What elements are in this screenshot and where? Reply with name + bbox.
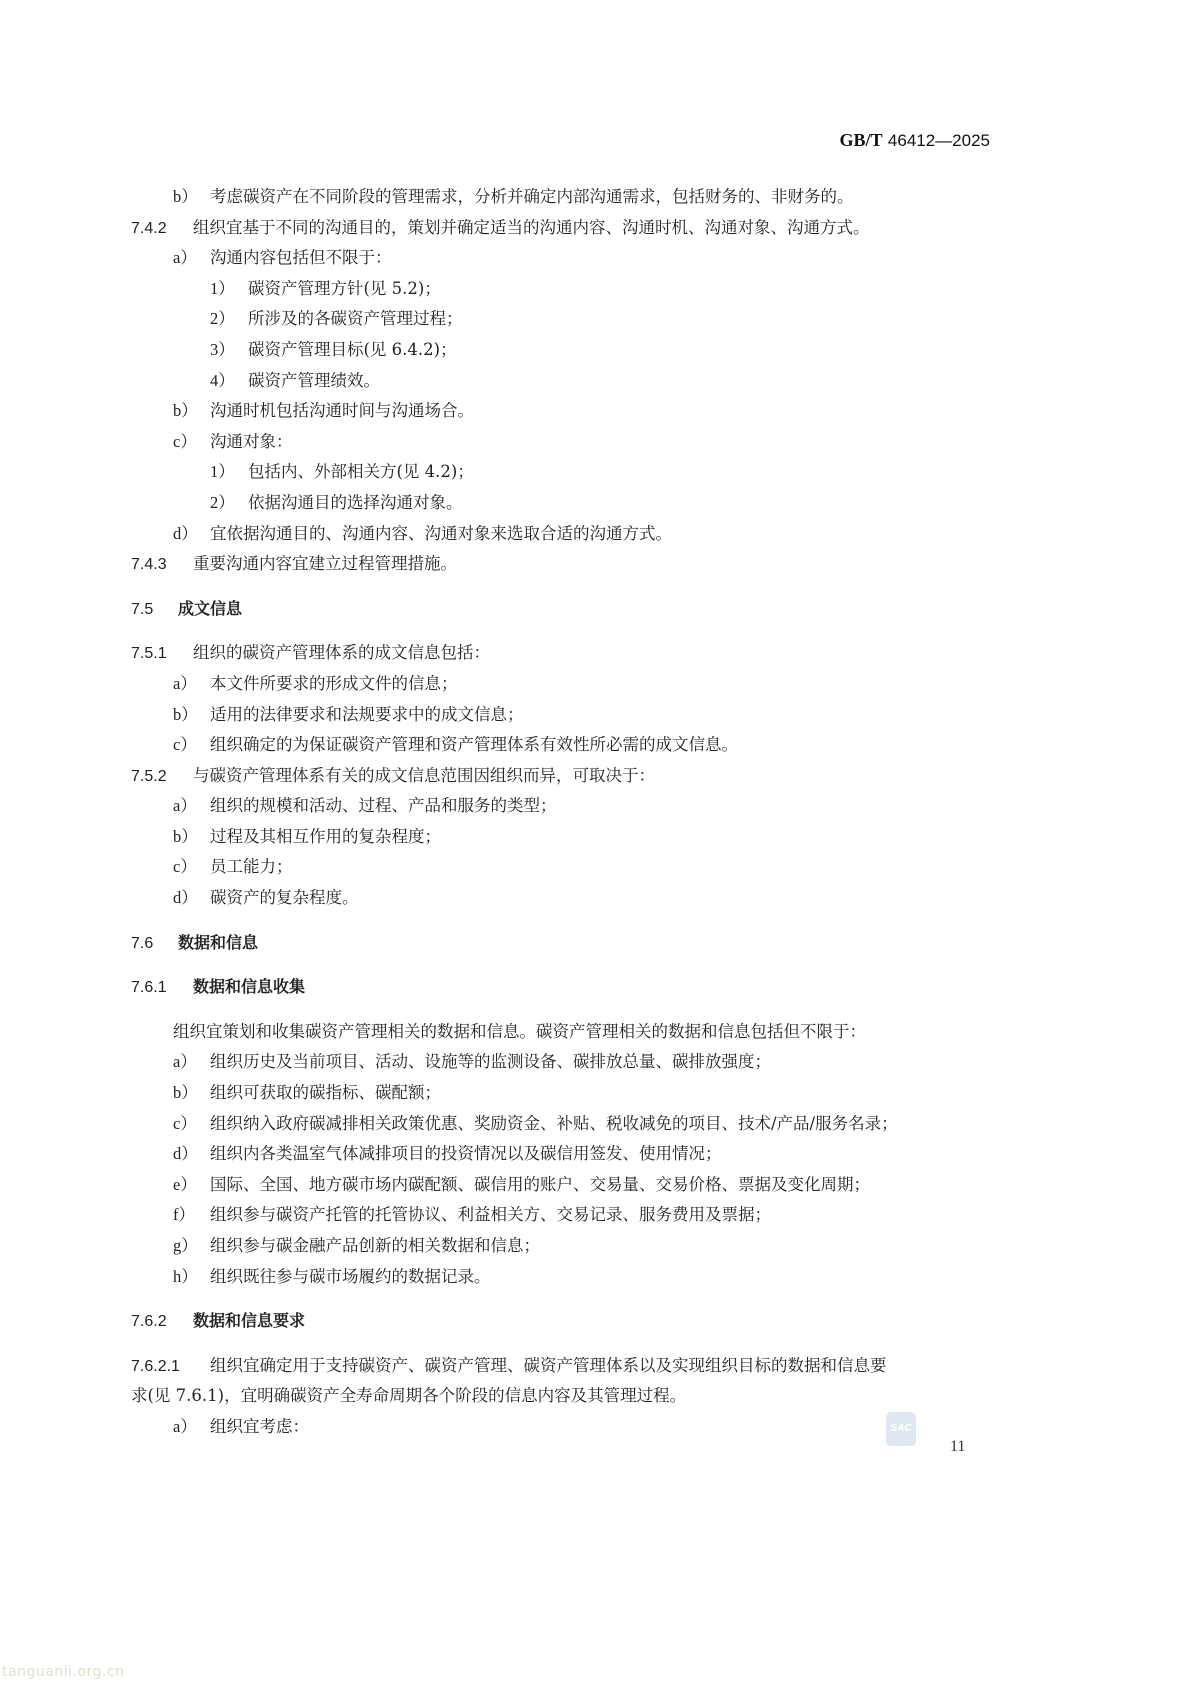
list-text: 组织既往参与碳市场履约的数据记录。 — [210, 1267, 491, 1286]
list-item: d）宜依据沟通目的、沟通内容、沟通对象来选取合适的沟通方式。 — [131, 519, 1001, 550]
list-text: 沟通时机包括沟通时间与沟通场合。 — [210, 401, 474, 420]
list-item: a）本文件所要求的形成文件的信息； — [131, 669, 1001, 700]
list-text: 沟通对象： — [210, 432, 293, 451]
list-marker: h） — [173, 1262, 210, 1293]
list-marker: a） — [173, 1047, 210, 1078]
list-item: b）适用的法律要求和法规要求中的成文信息； — [131, 700, 1001, 731]
list-text: 考虑碳资产在不同阶段的管理需求，分析并确定内部沟通需求，包括财务的、非财务的。 — [210, 187, 854, 206]
sub-list-marker: 2） — [210, 304, 248, 335]
sub-list-text: 包括内、外部相关方(见 4.2)； — [248, 462, 474, 481]
clause-number: 7.6.2.1 — [131, 1352, 210, 1383]
list-item: f）组织参与碳资产托管的托管协议、利益相关方、交易记录、服务费用及票据； — [131, 1200, 1001, 1231]
list-text: 适用的法律要求和法规要求中的成文信息； — [210, 705, 524, 724]
list-item: g）组织参与碳金融产品创新的相关数据和信息； — [131, 1231, 1001, 1262]
list-text: 组织可获取的碳指标、碳配额； — [210, 1083, 441, 1102]
watermark-url: tanguanli.org.cn — [2, 1664, 124, 1680]
clause-7-6-2-1: 7.6.2.1组织宜确定用于支持碳资产、碳资产管理、碳资产管理体系以及实现组织目… — [131, 1351, 1001, 1382]
list-item: b）考虑碳资产在不同阶段的管理需求，分析并确定内部沟通需求，包括财务的、非财务的… — [131, 182, 1001, 213]
section-title: 数据和信息收集 — [193, 977, 305, 996]
list-text: 组织的规模和活动、过程、产品和服务的类型； — [210, 796, 557, 815]
sub-list-item: 2）所涉及的各碳资产管理过程； — [131, 304, 1001, 335]
sub-list-marker: 1） — [210, 457, 248, 488]
list-text: 组织参与碳资产托管的托管协议、利益相关方、交易记录、服务费用及票据； — [210, 1205, 771, 1224]
clause-number: 7.4.2 — [131, 214, 193, 245]
list-text: 组织纳入政府碳减排相关政策优惠、奖励资金、补贴、税收减免的项目、技术/产品/服务… — [210, 1114, 898, 1133]
sub-list-text: 依据沟通目的选择沟通对象。 — [248, 493, 463, 512]
sub-list-item: 2）依据沟通目的选择沟通对象。 — [131, 488, 1001, 519]
list-item: h）组织既往参与碳市场履约的数据记录。 — [131, 1262, 1001, 1293]
list-marker: d） — [173, 519, 210, 550]
sub-list-marker: 1） — [210, 274, 248, 305]
standard-code-header: GB/T 46412—2025 — [839, 130, 990, 151]
clause-number: 7.5.1 — [131, 639, 193, 670]
list-marker: d） — [173, 1139, 210, 1170]
list-text: 国际、全国、地方碳市场内碳配额、碳信用的账户、交易量、交易价格、票据及变化周期； — [210, 1175, 870, 1194]
list-marker: b） — [173, 182, 210, 213]
section-heading-7-6-1: 7.6.1数据和信息收集 — [131, 972, 1001, 1003]
sub-list-item: 4）碳资产管理绩效。 — [131, 366, 1001, 397]
clause-text: 组织宜确定用于支持碳资产、碳资产管理、碳资产管理体系以及实现组织目标的数据和信息… — [210, 1356, 887, 1375]
section-heading-7-5: 7.5成文信息 — [131, 594, 1001, 625]
section-title: 数据和信息 — [178, 933, 258, 952]
section-number: 7.5 — [131, 595, 178, 626]
list-text: 本文件所要求的形成文件的信息； — [210, 674, 458, 693]
list-marker: a） — [173, 791, 210, 822]
sub-list-marker: 2） — [210, 488, 248, 519]
standard-prefix: GB/T — [839, 130, 882, 150]
list-marker: d） — [173, 883, 210, 914]
list-item: a）组织历史及当前项目、活动、设施等的监测设备、碳排放总量、碳排放强度； — [131, 1047, 1001, 1078]
list-marker: b） — [173, 396, 210, 427]
list-text: 组织参与碳金融产品创新的相关数据和信息； — [210, 1236, 540, 1255]
section-heading-7-6: 7.6数据和信息 — [131, 928, 1001, 959]
section-number: 7.6.1 — [131, 973, 193, 1004]
list-text: 碳资产的复杂程度。 — [210, 888, 359, 907]
sub-list-item: 1）包括内、外部相关方(见 4.2)； — [131, 457, 1001, 488]
sub-list-text: 碳资产管理目标(见 6.4.2)； — [248, 340, 457, 359]
list-item: b）沟通时机包括沟通时间与沟通场合。 — [131, 396, 1001, 427]
list-item: b）组织可获取的碳指标、碳配额； — [131, 1078, 1001, 1109]
standard-number: 46412—2025 — [888, 131, 990, 150]
document-body: b）考虑碳资产在不同阶段的管理需求，分析并确定内部沟通需求，包括财务的、非财务的… — [131, 182, 1001, 1443]
list-text: 沟通内容包括但不限于： — [210, 248, 392, 267]
list-marker: a） — [173, 1412, 210, 1443]
clause-continuation: 求(见 7.6.1)，宜明确碳资产全寿命周期各个阶段的信息内容及其管理过程。 — [131, 1381, 1001, 1412]
list-marker: a） — [173, 243, 210, 274]
sub-list-text: 所涉及的各碳资产管理过程； — [248, 309, 463, 328]
list-item: a）组织宜考虑： — [131, 1412, 1001, 1443]
list-marker: b） — [173, 822, 210, 853]
clause-text: 与碳资产管理体系有关的成文信息范围因组织而异，可取决于： — [193, 766, 655, 785]
section-title: 成文信息 — [178, 599, 242, 618]
list-item: d）组织内各类温室气体减排项目的投资情况以及碳信用签发、使用情况； — [131, 1139, 1001, 1170]
clause-number: 7.4.3 — [131, 550, 193, 581]
section-number: 7.6.2 — [131, 1307, 193, 1338]
sub-list-item: 1）碳资产管理方针(见 5.2)； — [131, 274, 1001, 305]
clause-text: 组织宜基于不同的沟通目的，策划并确定适当的沟通内容、沟通时机、沟通对象、沟通方式… — [193, 218, 870, 237]
list-marker: f） — [173, 1200, 210, 1231]
list-marker: g） — [173, 1231, 210, 1262]
list-item: b）过程及其相互作用的复杂程度； — [131, 822, 1001, 853]
list-item: a）组织的规模和活动、过程、产品和服务的类型； — [131, 791, 1001, 822]
sub-list-marker: 4） — [210, 366, 248, 397]
list-marker: c） — [173, 1109, 210, 1140]
paragraph-text: 组织宜策划和收集碳资产管理相关的数据和信息。碳资产管理相关的数据和信息包括但不限… — [173, 1022, 866, 1041]
list-marker: c） — [173, 427, 210, 458]
list-marker: a） — [173, 669, 210, 700]
list-marker: c） — [173, 852, 210, 883]
clause-7-5-1: 7.5.1组织的碳资产管理体系的成文信息包括： — [131, 638, 1001, 669]
list-text: 过程及其相互作用的复杂程度； — [210, 827, 441, 846]
list-marker: b） — [173, 700, 210, 731]
sub-list-item: 3）碳资产管理目标(见 6.4.2)； — [131, 335, 1001, 366]
list-text: 组织宜考虑： — [210, 1417, 309, 1436]
sub-list-marker: 3） — [210, 335, 248, 366]
list-item: c）沟通对象： — [131, 427, 1001, 458]
list-text: 员工能力； — [210, 857, 293, 876]
sac-logo-icon: SAC — [886, 1412, 916, 1446]
section-number: 7.6 — [131, 929, 178, 960]
clause-text: 重要沟通内容宜建立过程管理措施。 — [193, 554, 457, 573]
sub-list-text: 碳资产管理方针(见 5.2)； — [248, 279, 441, 298]
section-heading-7-6-2: 7.6.2数据和信息要求 — [131, 1306, 1001, 1337]
clause-number: 7.5.2 — [131, 762, 193, 793]
list-item: c）组织确定的为保证碳资产管理和资产管理体系有效性所必需的成文信息。 — [131, 730, 1001, 761]
list-marker: c） — [173, 730, 210, 761]
clause-7-5-2: 7.5.2与碳资产管理体系有关的成文信息范围因组织而异，可取决于： — [131, 761, 1001, 792]
list-item: c）员工能力； — [131, 852, 1001, 883]
list-item: c）组织纳入政府碳减排相关政策优惠、奖励资金、补贴、税收减免的项目、技术/产品/… — [131, 1109, 1001, 1140]
list-text: 组织内各类温室气体减排项目的投资情况以及碳信用签发、使用情况； — [210, 1144, 722, 1163]
list-item: a）沟通内容包括但不限于： — [131, 243, 1001, 274]
clause-text: 组织的碳资产管理体系的成文信息包括： — [193, 643, 490, 662]
clause-7-4-3: 7.4.3重要沟通内容宜建立过程管理措施。 — [131, 549, 1001, 580]
list-marker: e） — [173, 1170, 210, 1201]
clause-7-4-2: 7.4.2组织宜基于不同的沟通目的，策划并确定适当的沟通内容、沟通时机、沟通对象… — [131, 213, 1001, 244]
section-title: 数据和信息要求 — [193, 1311, 305, 1330]
list-text: 宜依据沟通目的、沟通内容、沟通对象来选取合适的沟通方式。 — [210, 524, 672, 543]
list-item: e）国际、全国、地方碳市场内碳配额、碳信用的账户、交易量、交易价格、票据及变化周… — [131, 1170, 1001, 1201]
list-item: d）碳资产的复杂程度。 — [131, 883, 1001, 914]
clause-text: 求(见 7.6.1)，宜明确碳资产全寿命周期各个阶段的信息内容及其管理过程。 — [131, 1386, 686, 1405]
list-text: 组织历史及当前项目、活动、设施等的监测设备、碳排放总量、碳排放强度； — [210, 1052, 771, 1071]
sub-list-text: 碳资产管理绩效。 — [248, 371, 380, 390]
list-text: 组织确定的为保证碳资产管理和资产管理体系有效性所必需的成文信息。 — [210, 735, 738, 754]
paragraph: 组织宜策划和收集碳资产管理相关的数据和信息。碳资产管理相关的数据和信息包括但不限… — [131, 1017, 1001, 1048]
page-number: 11 — [950, 1438, 965, 1456]
list-marker: b） — [173, 1078, 210, 1109]
